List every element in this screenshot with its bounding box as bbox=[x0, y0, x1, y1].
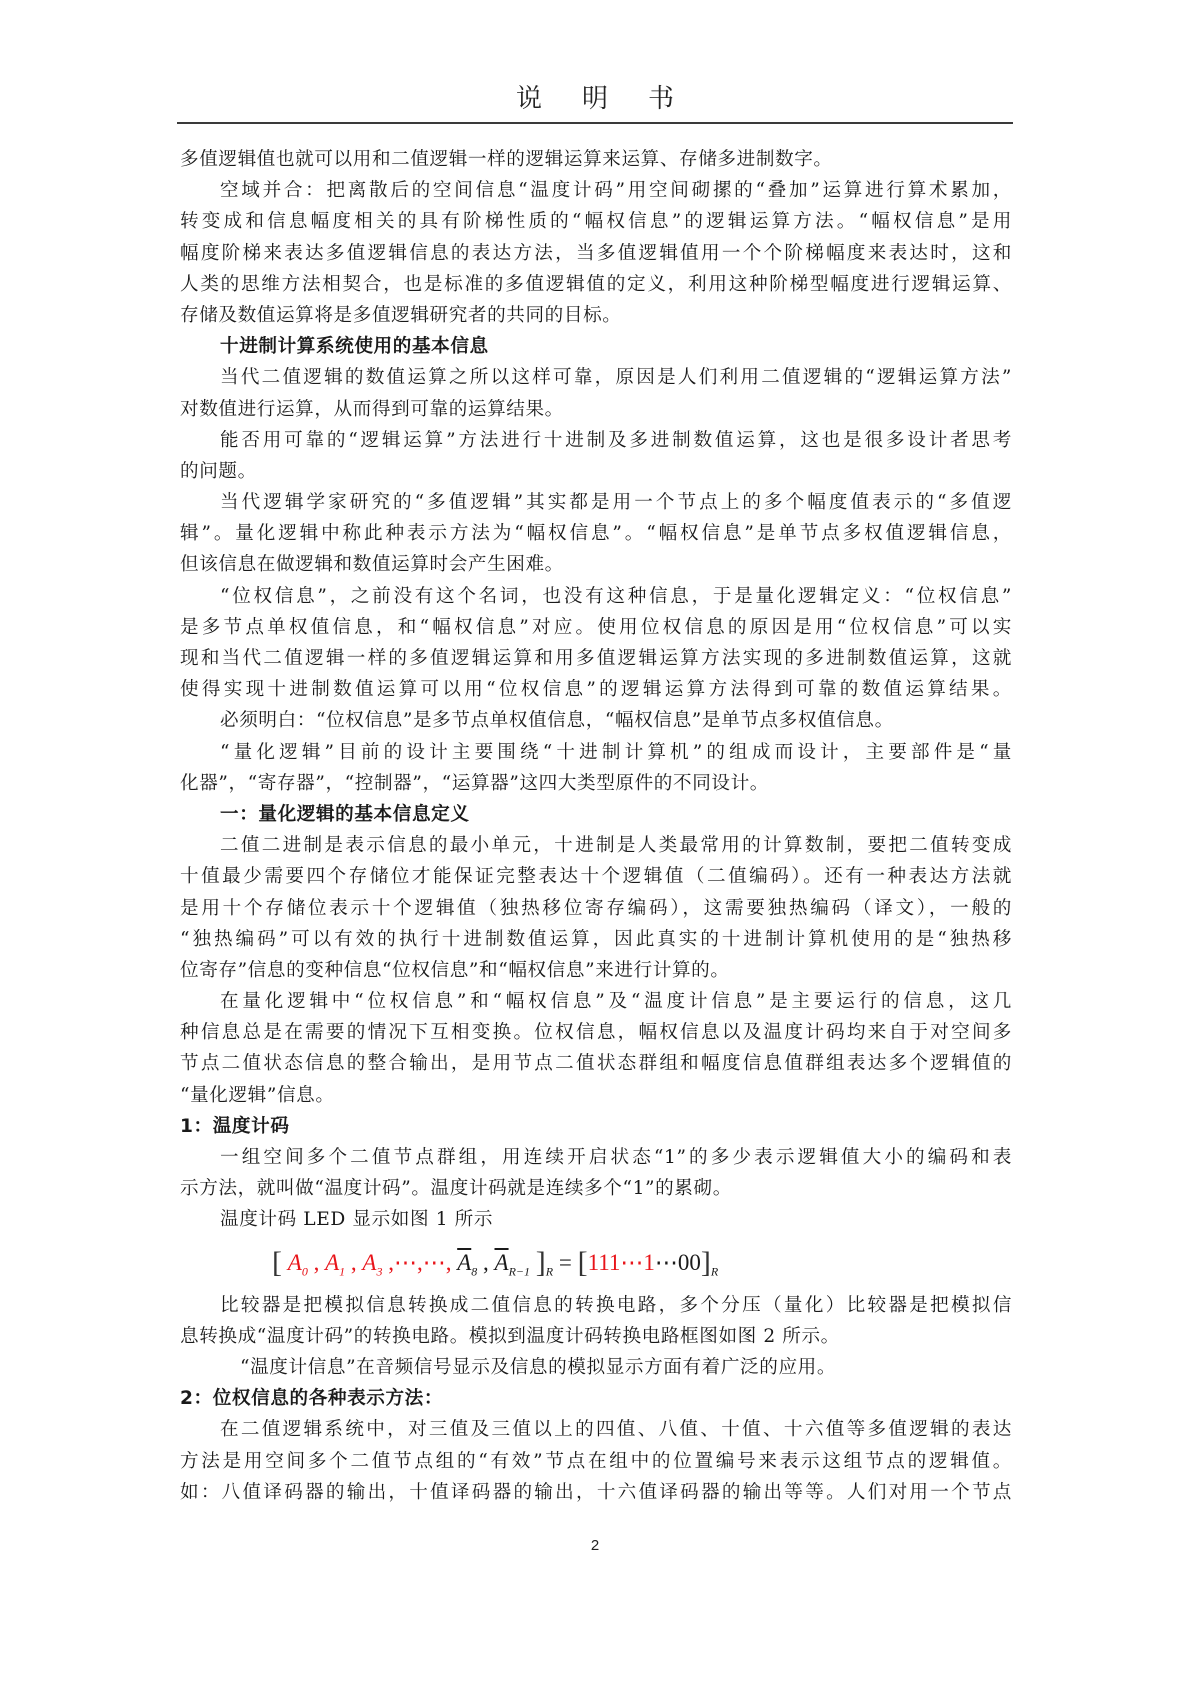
text-line: 如：八值译码器的输出，十值译码器的输出，十六值译码器的输出等等。人们对用一个节点 bbox=[180, 1477, 1012, 1508]
text-line: 十值最少需要四个存储位才能保证完整表达十个逻辑值（二值编码）。还有一种表达方法就 bbox=[180, 861, 1012, 892]
text-line: 位寄存”信息的变种信息“位权信息”和“幅权信息”来进行计算的。 bbox=[180, 955, 1012, 986]
text-line: 示方法，就叫做“温度计码”。温度计码就是连续多个“1”的累砌。 bbox=[180, 1173, 1012, 1204]
text-line: 幅度阶梯来表达多值逻辑信息的表达方法，当多值逻辑值用一个个阶梯幅度来表达时，这和 bbox=[180, 238, 1012, 269]
formula-term: A0 bbox=[288, 1250, 308, 1275]
text-line: 在二值逻辑系统中，对三值及三值以上的四值、八值、十值、十六值等多值逻辑的表达 bbox=[180, 1414, 1012, 1445]
right-bracket: ] bbox=[701, 1246, 711, 1279]
text-line: 息转换成“温度计码”的转换电路。模拟到温度计码转换电路框图如图 2 所示。 bbox=[180, 1321, 1012, 1352]
text-line: 当代二值逻辑的数值运算之所以这样可靠，原因是人们利用二值逻辑的“逻辑运算方法” bbox=[180, 362, 1012, 393]
text-line: 多值逻辑值也就可以用和二值逻辑一样的逻辑运算来运算、存储多进制数字。 bbox=[180, 144, 1012, 175]
page-header: 说明书 bbox=[177, 80, 1013, 124]
left-bracket: [ bbox=[578, 1246, 588, 1279]
formula-rhs-ones: 111⋯1 bbox=[588, 1250, 655, 1275]
text-line: 转变成和信息幅度相关的具有阶梯性质的“幅权信息”的逻辑运算方法。“幅权信息”是用 bbox=[180, 206, 1012, 237]
formula-rhs-zeros: ⋯00 bbox=[655, 1250, 701, 1275]
page-number: 2 bbox=[0, 1537, 1190, 1554]
document-body: 多值逻辑值也就可以用和二值逻辑一样的逻辑运算来运算、存储多进制数字。 空域并合：… bbox=[180, 144, 1012, 1508]
left-bracket: [ bbox=[272, 1246, 282, 1279]
text-line: 是用十个存储位表示十个逻辑值（独热移位寄存编码），这需要独热编码（译文），一般的 bbox=[180, 893, 1012, 924]
text-line: 在量化逻辑中“位权信息”和“幅权信息”及“温度计信息”是主要运行的信息，这几 bbox=[180, 986, 1012, 1017]
text-line: 现和当代二值逻辑一样的多值逻辑运算和用多值逻辑运算方法实现的多进制数值运算，这就 bbox=[180, 643, 1012, 674]
text-line: 存储及数值运算将是多值逻辑研究者的共同的目标。 bbox=[180, 300, 1012, 331]
text-line: 二值二进制是表示信息的最小单元，十进制是人类最常用的计算数制，要把二值转变成 bbox=[180, 830, 1012, 861]
text-line: 是多节点单权值信息，和“幅权信息”对应。使用位权信息的原因是用“位权信息”可以实 bbox=[180, 612, 1012, 643]
text-line: 必须明白：“位权信息”是多节点单权值信息，“幅权信息”是单节点多权值信息。 bbox=[180, 705, 1012, 736]
text-line: 使得实现十进制数值运算可以用“位权信息”的逻辑运算方法得到可靠的数值运算结果。 bbox=[180, 674, 1012, 705]
text-line: “量化逻辑”目前的设计主要围绕“十进制计算机”的组成而设计，主要部件是“量 bbox=[180, 737, 1012, 768]
formula-term: AR−1 bbox=[495, 1250, 531, 1275]
formula-term: A8 bbox=[457, 1250, 477, 1275]
text-line: 辑”。量化逻辑中称此种表示方法为“幅权信息”。“幅权信息”是单节点多权值逻辑信息… bbox=[180, 518, 1012, 549]
equals-sign: = bbox=[559, 1250, 572, 1275]
text-line: 但该信息在做逻辑和数值运算时会产生困难。 bbox=[180, 549, 1012, 580]
text-line: 方法是用空间多个二值节点组的“有效”节点在组中的位置编号来表示这组节点的逻辑值。 bbox=[180, 1446, 1012, 1477]
page-title: 说明书 bbox=[177, 82, 1013, 116]
text-line: 一组空间多个二值节点群组，用连续开启状态“1”的多少表示逻辑值大小的编码和表 bbox=[180, 1142, 1012, 1173]
formula-term: A1 bbox=[325, 1250, 345, 1275]
text-line: 能否用可靠的“逻辑运算”方法进行十进制及多进制数值运算，这也是很多设计者思考 bbox=[180, 425, 1012, 456]
formula-term: A3 bbox=[362, 1250, 382, 1275]
text-line: 的问题。 bbox=[180, 456, 1012, 487]
text-line: 比较器是把模拟信息转换成二值信息的转换电路，多个分压（量化）比较器是把模拟信 bbox=[180, 1290, 1012, 1321]
section-heading: 十进制计算系统使用的基本信息 bbox=[180, 331, 1012, 362]
text-line: 空域并合：把离散后的空间信息“温度计码”用空间砌摞的“叠加”运算进行算术累加， bbox=[180, 175, 1012, 206]
text-line: “独热编码”可以有效的执行十进制数值运算，因此真实的十进制计算机使用的是“独热移 bbox=[180, 924, 1012, 955]
text-line: 人类的思维方法相契合，也是标准的多值逻辑值的定义，利用这种阶梯型幅度进行逻辑运算… bbox=[180, 269, 1012, 300]
text-line: 种信息总是在需要的情况下互相变换。位权信息，幅权信息以及温度计码均来自于对空间多 bbox=[180, 1017, 1012, 1048]
text-line: 当代逻辑学家研究的“多值逻辑”其实都是用一个节点上的多个幅度值表示的“多值逻 bbox=[180, 487, 1012, 518]
thermometer-code-formula: [ A0 , A1 , A3 ,⋯,⋯, A8 , AR−1 ]R = [111… bbox=[180, 1236, 1012, 1290]
header-rule bbox=[177, 122, 1013, 124]
section-heading: 2：位权信息的各种表示方法： bbox=[180, 1383, 1012, 1414]
text-line: “位权信息”，之前没有这个名词，也没有这种信息，于是量化逻辑定义：“位权信息” bbox=[180, 581, 1012, 612]
text-line: 温度计码 LED 显示如图 1 所示 bbox=[180, 1204, 1012, 1235]
text-line: 化器”，“寄存器”，“控制器”，“运算器”这四大类型原件的不同设计。 bbox=[180, 768, 1012, 799]
text-line: “量化逻辑”信息。 bbox=[180, 1080, 1012, 1111]
section-heading: 1：温度计码 bbox=[180, 1111, 1012, 1142]
text-line: 节点二值状态信息的整合输出，是用节点二值状态群组和幅度信息值群组表达多个逻辑值的 bbox=[180, 1048, 1012, 1079]
right-bracket: ] bbox=[536, 1246, 546, 1279]
text-line: “温度计信息”在音频信号显示及信息的模拟显示方面有着广泛的应用。 bbox=[180, 1352, 1012, 1383]
section-heading: 一：量化逻辑的基本信息定义 bbox=[180, 799, 1012, 830]
text-line: 对数值进行运算，从而得到可靠的运算结果。 bbox=[180, 394, 1012, 425]
